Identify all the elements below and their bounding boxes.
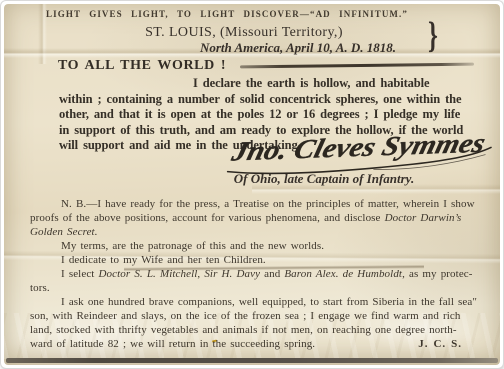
salutation: TO ALL THE WORLD !	[58, 58, 226, 74]
nb-line: N. B.—I have ready for the press, a Trea…	[30, 197, 482, 211]
declaration-line: I declare the earth is hollow, and habit…	[59, 76, 459, 92]
nb-text: proofs of the above positions, account f…	[30, 212, 385, 224]
ask-text: ward of latitude 82 ; we will return in …	[30, 337, 315, 351]
dateline-brace: }	[428, 16, 438, 58]
select-text: , as my protec-	[402, 268, 472, 280]
declaration-line: within ; containing a number of solid co…	[59, 92, 459, 108]
select-text: I select	[61, 268, 99, 280]
select-continuation: tors.	[30, 281, 482, 295]
select-text: and	[260, 268, 284, 280]
select-name: Doctor S. L. Mitchell	[99, 268, 198, 280]
signature-text: Jno. Cleves Symmes	[228, 127, 489, 167]
terms-line: My terms, are the patronage of this and …	[30, 239, 482, 253]
nb-line: proofs of the above positions, account f…	[30, 211, 482, 225]
ask-line: I ask one hundred brave companions, well…	[30, 295, 482, 309]
ask-line: son, with Reindeer and slays, on the ice…	[30, 309, 482, 323]
nb-italic: Golden Secret.	[30, 226, 98, 238]
ask-line: land, stocked with thrifty vegetables an…	[30, 323, 482, 337]
paper-bottom-edge-shadow	[6, 358, 498, 363]
signature-byline: Of Ohio, late Captain of Infantry.	[154, 171, 494, 187]
ask-last-line: ward of latitude 82 ; we will return in …	[30, 337, 462, 351]
notes-block: N. B.—I have ready for the press, a Trea…	[30, 197, 482, 351]
document-paper: LIGHT GIVES LIGHT, TO LIGHT DISCOVER—“AD…	[4, 4, 500, 365]
nb-italic: Doctor Darwin’s	[385, 212, 462, 224]
horizontal-rule	[240, 63, 474, 69]
masthead-motto: LIGHT GIVES LIGHT, TO LIGHT DISCOVER—“AD…	[4, 9, 450, 19]
dedication-line: I dedicate to my Wife and her ten Childr…	[30, 253, 482, 267]
declaration-line: other, and that it is open at the poles …	[59, 107, 459, 123]
select-name: Sir H. Davy	[204, 268, 260, 280]
initials: J. C. S.	[418, 337, 462, 351]
select-line: I select Doctor S. L. Mitchell, Sir H. D…	[30, 267, 482, 281]
nb-line: Golden Secret.	[30, 225, 482, 239]
dateline-place: ST. LOUIS, (Missouri Territory,)	[4, 25, 492, 41]
scanned-document-image: LIGHT GIVES LIGHT, TO LIGHT DISCOVER—“AD…	[0, 0, 504, 369]
select-name: Baron Alex. de Humboldt	[284, 268, 402, 280]
